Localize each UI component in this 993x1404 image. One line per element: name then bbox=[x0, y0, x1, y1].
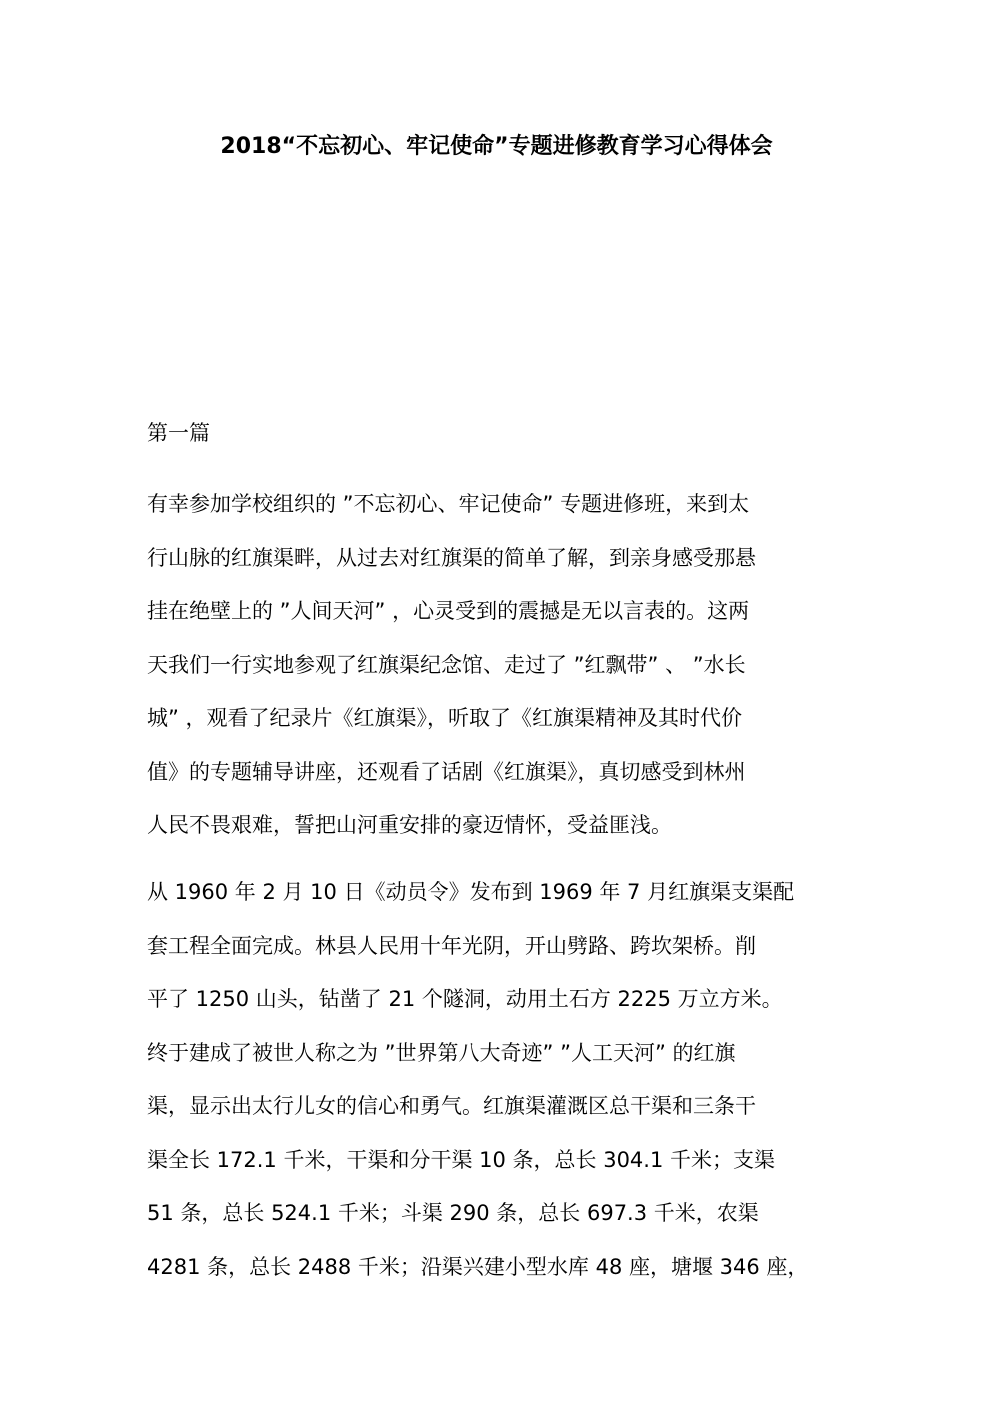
document-title: 2018“不忘初心、牢记使命”专题进修教育学习心得体会 bbox=[0, 131, 993, 163]
paragraph-line: 城” ，观看了纪录片《红旗渠》，听取了《红旗渠精神及其时代价 bbox=[147, 703, 867, 757]
paragraph-line: 渠全长 172.1 千米，干渠和分干渠 10 条，总长 304.1 千米；支渠 bbox=[147, 1145, 867, 1199]
paragraph-line: 渠，显示出太行儿女的信心和勇气。红旗渠灌溉区总干渠和三条干 bbox=[147, 1091, 867, 1145]
paragraph-1: 有幸参加学校组织的 ”不忘初心、牢记使命” 专题进修班，来到太 行山脉的红旗渠畔… bbox=[147, 489, 867, 864]
document-page: 2018“不忘初心、牢记使命”专题进修教育学习心得体会 第一篇 有幸参加学校组织… bbox=[0, 0, 993, 1404]
paragraph-line: 行山脉的红旗渠畔，从过去对红旗渠的简单了解，到亲身感受那悬 bbox=[147, 543, 867, 597]
section-heading: 第一篇 bbox=[147, 418, 210, 448]
paragraph-2: 从 1960 年 2 月 10 日《动员令》发布到 1969 年 7 月红旗渠支… bbox=[147, 877, 867, 1305]
paragraph-line: 套工程全面完成。林县人民用十年光阴，开山劈路、跨坎架桥。削 bbox=[147, 931, 867, 985]
paragraph-line: 值》的专题辅导讲座，还观看了话剧《红旗渠》，真切感受到林州 bbox=[147, 757, 867, 811]
paragraph-line: 天我们一行实地参观了红旗渠纪念馆、走过了 ”红飘带” 、 ”水长 bbox=[147, 650, 867, 704]
paragraph-line: 从 1960 年 2 月 10 日《动员令》发布到 1969 年 7 月红旗渠支… bbox=[147, 877, 867, 931]
paragraph-line: 有幸参加学校组织的 ”不忘初心、牢记使命” 专题进修班，来到太 bbox=[147, 489, 867, 543]
paragraph-line: 人民不畏艰难，誓把山河重安排的豪迈情怀，受益匪浅。 bbox=[147, 810, 867, 864]
paragraph-line: 挂在绝壁上的 ”人间天河” ，心灵受到的震撼是无以言表的。这两 bbox=[147, 596, 867, 650]
paragraph-line: 4281 条，总长 2488 千米；沿渠兴建小型水库 48 座，塘堰 346 座… bbox=[147, 1252, 867, 1306]
paragraph-line: 平了 1250 山头，钻凿了 21 个隧洞，动用土石方 2225 万立方米。 bbox=[147, 984, 867, 1038]
paragraph-line: 51 条，总长 524.1 千米；斗渠 290 条，总长 697.3 千米，农渠 bbox=[147, 1198, 867, 1252]
paragraph-line: 终于建成了被世人称之为 ”世界第八大奇迹” ”人工天河” 的红旗 bbox=[147, 1038, 867, 1092]
